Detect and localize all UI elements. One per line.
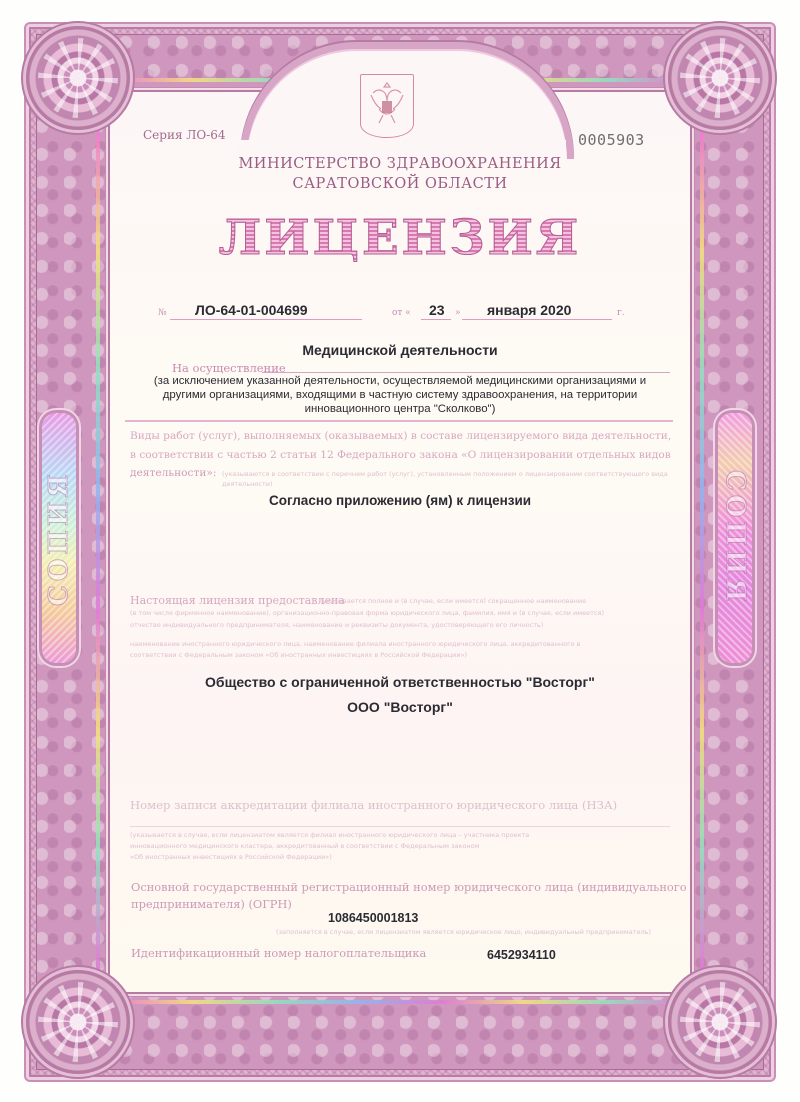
license-document: СОПИЯ СОПИЯ Серия ЛО-64 0005903 МИНИСТЕР… (0, 0, 800, 1102)
licensee-hint-2: (в том числе фирменное наименование), ор… (130, 608, 675, 618)
underline (130, 826, 670, 827)
foreign-branch-label: Номер записи аккредитации филиала иностр… (130, 798, 617, 812)
licensee-short-name: ООО "Восторг" (120, 699, 680, 715)
hologram-text: СОПИЯ (718, 413, 752, 663)
hologram-strip-right: СОПИЯ (718, 413, 752, 663)
license-month-year: января 2020 (487, 302, 571, 318)
work-types-hint: (указываются в соответствии с перечнем р… (222, 469, 672, 489)
license-number: ЛО-64-01-004699 (195, 302, 308, 318)
rosette-top-right-icon (668, 26, 772, 130)
foreign-branch-hint-2: инновационного медицинского кластера, ак… (130, 841, 675, 851)
underline (170, 319, 362, 320)
activity-description-3: инновационного центра "Сколково") (120, 403, 680, 415)
serial-number: 0005903 (578, 131, 645, 149)
work-types-value: Согласно приложению (ям) к лицензии (120, 493, 680, 508)
activity-description-1: (за исключением указанной деятельности, … (120, 375, 680, 387)
issuer-line-2: САРАТОВСКОЙ ОБЛАСТИ (150, 176, 650, 192)
activity-description-2: другими организациями, входящими в частн… (120, 389, 680, 401)
rosette-bottom-left-icon (26, 970, 130, 1074)
ogrn-label-2: предпринимателя) (ОГРН) (131, 897, 292, 911)
licensee-hint-5: соответствии с Федеральным законом «Об и… (130, 650, 675, 660)
licensee-hint-3: отчество индивидуального предпринимателя… (130, 620, 675, 630)
date-day-close: » (455, 308, 461, 318)
licensee-full-name: Общество с ограниченной ответственностью… (120, 674, 680, 690)
inn-value: 6452934110 (487, 948, 556, 962)
hologram-text: СОПИЯ (42, 413, 76, 663)
licensee-label: Настоящая лицензия предоставлена (130, 594, 345, 607)
hologram-strip-left: СОПИЯ (42, 413, 76, 663)
frame-stripe (700, 130, 704, 970)
rosette-bottom-right-icon (668, 970, 772, 1074)
inn-label: Идентификационный номер налогоплательщик… (131, 946, 426, 960)
rosette-top-left-icon (26, 26, 130, 130)
date-from-label: от « (392, 308, 411, 318)
licensee-hint-4: наименование иностранного юридического л… (130, 639, 675, 649)
foreign-branch-hint-1: (указывается в случае, если лицензиатом … (130, 830, 675, 840)
divider (125, 420, 673, 422)
license-day: 23 (429, 302, 445, 318)
foreign-branch-hint-3: «Об иностранных инвестициях в Российской… (130, 852, 675, 862)
underline (421, 319, 451, 320)
document-title: ЛИЦЕНЗИЯ (150, 210, 650, 266)
year-suffix: г. (617, 308, 625, 318)
underline (462, 319, 612, 320)
frame-stripe (96, 130, 100, 970)
number-label: № (158, 308, 167, 318)
underline (262, 372, 670, 373)
ogrn-hint: (заполняется в случае, если лицензиатом … (276, 927, 676, 937)
ogrn-label-1: Основной государственный регистрационный… (131, 880, 687, 894)
work-types-label-3: деятельности»: (130, 467, 216, 479)
activity-name: Медицинской деятельности (120, 342, 680, 358)
issuer-line-1: МИНИСТЕРСТВО ЗДРАВООХРАНЕНИЯ (150, 156, 650, 172)
work-types-label-1: Виды работ (услуг), выполняемых (оказыва… (130, 430, 671, 442)
coat-of-arms-icon (360, 74, 414, 138)
series-label: Серия ЛО-64 (143, 128, 226, 142)
ogrn-value: 1086450001813 (328, 911, 418, 925)
work-types-label-2: в соответствии с частью 2 статьи 12 Феде… (130, 449, 671, 461)
frame-stripe (110, 1000, 690, 1004)
licensee-hint-1: (указывается полное и (в случае, если им… (320, 596, 675, 606)
